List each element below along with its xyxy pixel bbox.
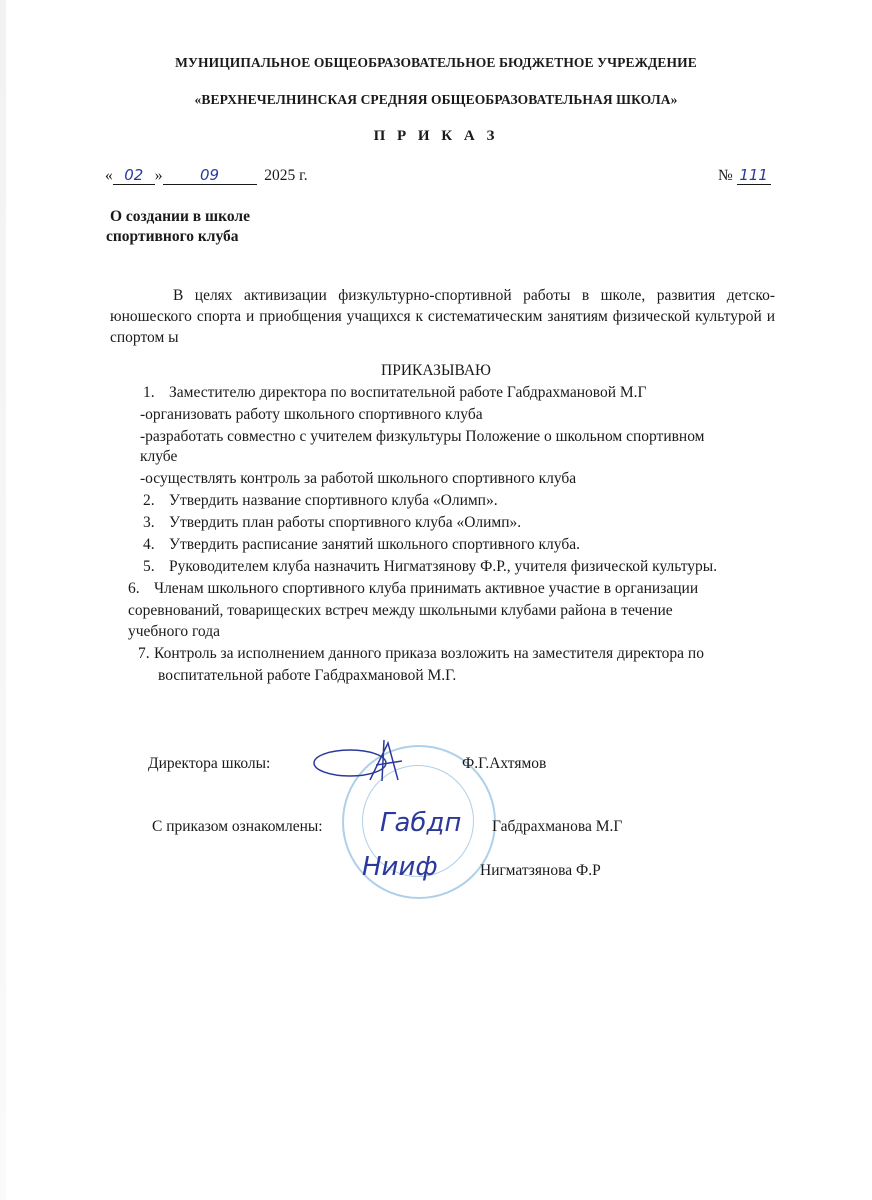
item-number: 6. xyxy=(128,580,154,598)
item-text: Утвердить расписание занятий школьного с… xyxy=(169,536,580,553)
order-item: -осуществлять контроль за работой школьн… xyxy=(140,470,576,488)
order-item: 4.Утвердить расписание занятий школьного… xyxy=(143,536,580,554)
item-number: 3. xyxy=(143,514,169,532)
order-item: 5.Руководителем клуба назначить Нигматзя… xyxy=(143,558,717,576)
date-month: 09 xyxy=(163,166,257,185)
order-item: 6.Членам школьного спортивного клуба при… xyxy=(128,580,698,598)
order-item: -организовать работу школьного спортивно… xyxy=(140,406,483,424)
order-item: 1.Заместителю директора по воспитательно… xyxy=(143,384,647,402)
item-text: воспитательной работе Габдрахмановой М.Г… xyxy=(158,667,456,684)
subject-line1: О создании в школе xyxy=(110,208,250,226)
item-text: -организовать работу школьного спортивно… xyxy=(140,406,483,423)
director-label: Директора школы: xyxy=(148,755,270,773)
item-text: Утвердить план работы спортивного клуба … xyxy=(169,514,521,531)
org-name-line1: МУНИЦИПАЛЬНОЕ ОБЩЕОБРАЗОВАТЕЛЬНОЕ БЮДЖЕТ… xyxy=(0,55,872,71)
subject-line2: спортивного клуба xyxy=(106,228,239,246)
preamble: В целях активизации физкультурно-спортив… xyxy=(110,285,775,348)
item-number: 5. xyxy=(143,558,169,576)
signature-gabdrakhmanova: Габдп xyxy=(380,808,461,838)
order-number: № 111 xyxy=(718,166,771,185)
order-item: воспитательной работе Габдрахмановой М.Г… xyxy=(158,667,456,685)
date-quote-open: « xyxy=(105,167,113,184)
item-text: Членам школьного спортивного клуба прини… xyxy=(154,580,698,597)
item-text: -разработать совместно с учителем физкул… xyxy=(140,428,705,445)
item-text: Руководителем клуба назначить Нигматзяно… xyxy=(169,558,717,575)
order-word: ПРИКАЗЫВАЮ xyxy=(0,362,872,380)
number-label: № xyxy=(718,167,733,184)
item-text: клубе xyxy=(140,448,177,465)
date-year: 2025 г. xyxy=(264,167,307,184)
acquainted-label: С приказом ознакомлены: xyxy=(152,818,323,836)
order-item: учебного года xyxy=(128,623,220,641)
order-item: 3.Утвердить план работы спортивного клуб… xyxy=(143,514,521,532)
order-item: соревнований, товарищеских встреч между … xyxy=(128,602,673,620)
date-day: 02 xyxy=(113,166,155,185)
order-item: -разработать совместно с учителем физкул… xyxy=(140,428,705,446)
number-value: 111 xyxy=(737,166,771,185)
acquainted-name-1: Габдрахманова М.Г xyxy=(492,818,622,836)
item-number: 1. xyxy=(143,384,169,402)
item-text: учебного года xyxy=(128,623,220,640)
order-item: клубе xyxy=(140,448,177,466)
item-text: Заместителю директора по воспитательной … xyxy=(169,384,647,401)
item-text: Утвердить название спортивного клуба «Ол… xyxy=(169,492,498,509)
item-text: соревнований, товарищеских встреч между … xyxy=(128,602,673,619)
date-quote-close: » xyxy=(155,167,163,184)
org-name-line2: «ВЕРХНЕЧЕЛНИНСКАЯ СРЕДНЯЯ ОБЩЕОБРАЗОВАТЕ… xyxy=(0,92,872,108)
date-line: «02»09 2025 г. xyxy=(105,166,308,185)
director-name: Ф.Г.Ахтямов xyxy=(462,755,546,773)
order-item: 2.Утвердить название спортивного клуба «… xyxy=(143,492,498,510)
item-text: Контроль за исполнением данного приказа … xyxy=(154,645,704,662)
item-number: 7. xyxy=(138,645,154,663)
document-title: П Р И К А З xyxy=(0,128,872,145)
order-item: 7.Контроль за исполнением данного приказ… xyxy=(138,645,704,663)
item-text: -осуществлять контроль за работой школьн… xyxy=(140,470,576,487)
item-number: 4. xyxy=(143,536,169,554)
item-number: 2. xyxy=(143,492,169,510)
director-signature-icon xyxy=(310,735,420,785)
scan-edge xyxy=(0,0,6,1200)
signature-nigmatzyanova: Нииф xyxy=(362,852,438,882)
acquainted-name-2: Нигматзянова Ф.Р xyxy=(480,862,601,880)
